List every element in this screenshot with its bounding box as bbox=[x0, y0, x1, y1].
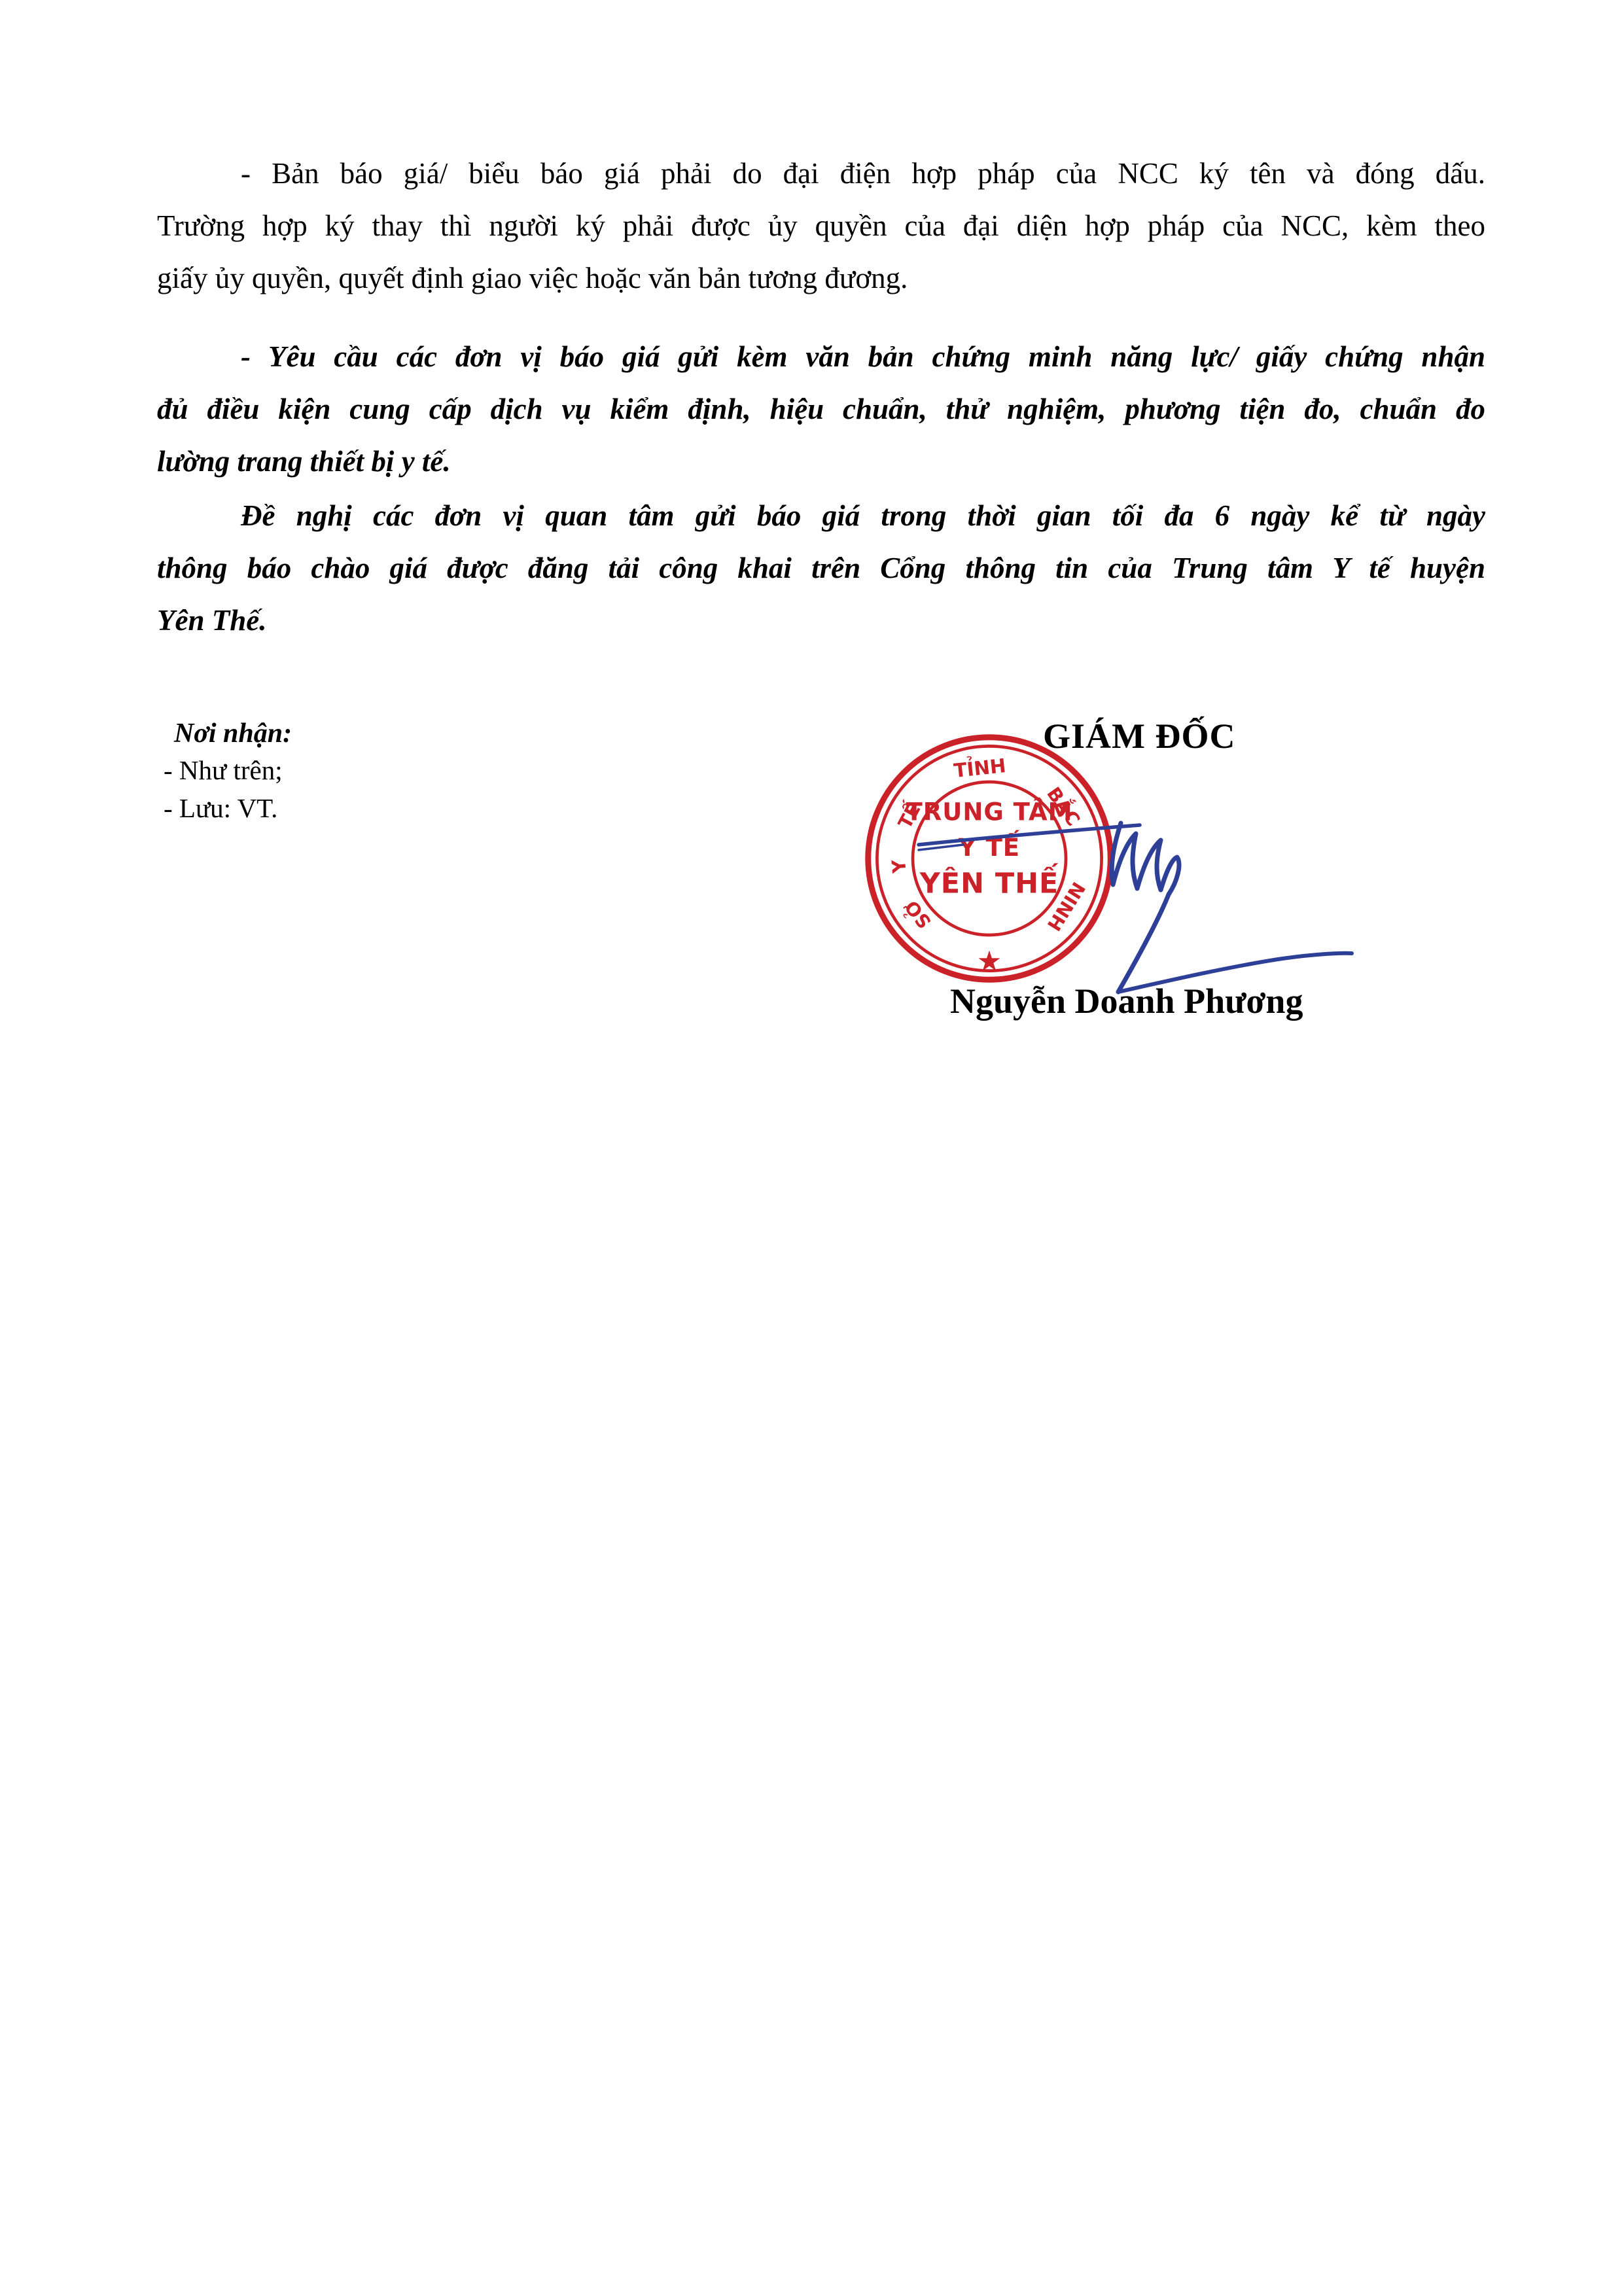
recipients-label: Nơi nhận: bbox=[174, 715, 292, 752]
handwritten-signature bbox=[903, 805, 1361, 1008]
signature-stroke bbox=[1161, 857, 1179, 894]
stamp-ring-word-tinh: TỈNH bbox=[953, 752, 1007, 782]
para3-line1: Đề nghị các đơn vị quan tâm gửi báo giá … bbox=[157, 489, 1485, 542]
signature-stroke bbox=[1112, 823, 1161, 890]
para2-line1: - Yêu cầu các đơn vị báo giá gửi kèm văn… bbox=[157, 330, 1485, 383]
recipients-item: - Lưu: VT. bbox=[164, 790, 277, 826]
signature-stroke bbox=[1118, 894, 1169, 992]
signer-name: Nguyễn Doanh Phương bbox=[950, 980, 1303, 1022]
signature-stroke bbox=[919, 825, 1140, 845]
para1-line3: giấy ủy quyền, quyết định giao việc hoặc… bbox=[157, 252, 1485, 304]
para2-line3: lường trang thiết bị y tế. bbox=[157, 435, 1485, 487]
recipients-item: - Như trên; bbox=[164, 752, 283, 788]
document-page: - Bản báo giá/ biểu báo giá phải do đại … bbox=[0, 0, 1624, 2296]
para3-line3: Yên Thế. bbox=[157, 594, 1485, 646]
para1-line1: - Bản báo giá/ biểu báo giá phải do đại … bbox=[157, 147, 1485, 200]
para1-line2: Trường hợp ký thay thì người ký phải đượ… bbox=[157, 200, 1485, 252]
para2-line2: đủ điều kiện cung cấp dịch vụ kiểm định,… bbox=[157, 383, 1485, 435]
para3-line2: thông báo chào giá được đăng tải công kh… bbox=[157, 542, 1485, 594]
